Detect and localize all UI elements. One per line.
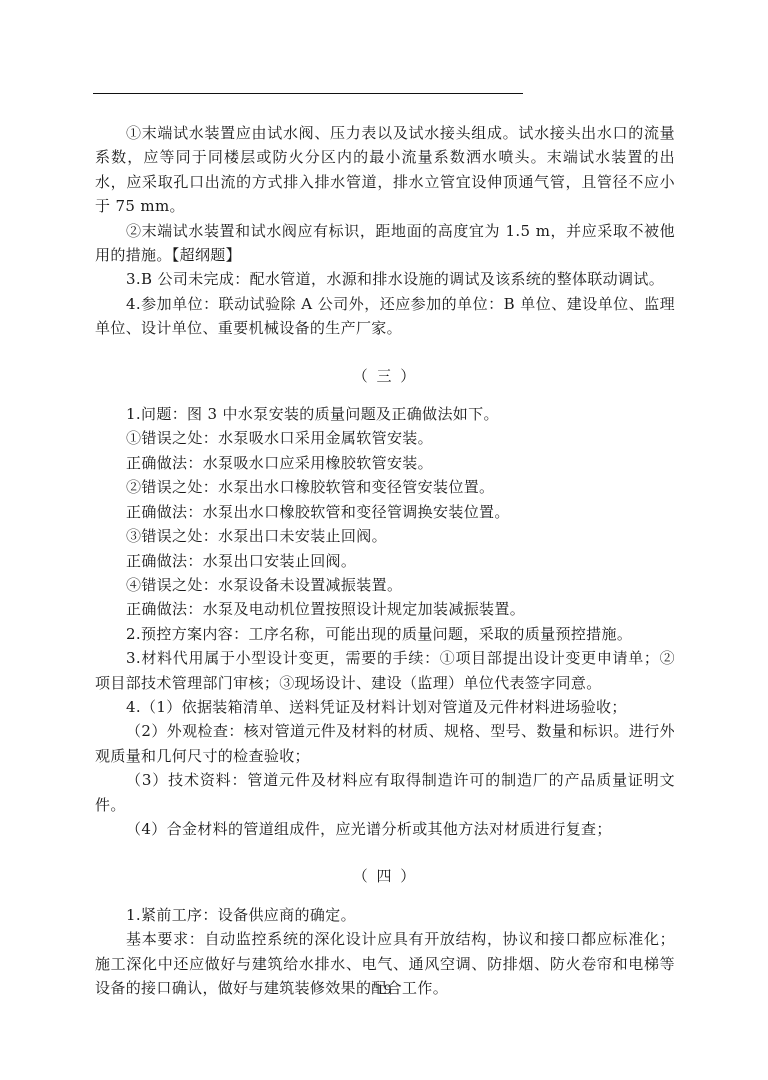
paragraph-predecessor-task: 1.紧前工序：设备供应商的确定。 — [95, 903, 675, 927]
paragraph-fix-4: 正确做法：水泵及电动机位置按照设计规定加装减振装置。 — [95, 597, 675, 621]
paragraph-inspection-2: （2）外观检查：核对管道元件及材料的材质、规格、型号、数量和标识。进行外观质量和… — [95, 719, 675, 768]
paragraph-error-2: ②错误之处：水泵出水口橡胶软管和变径管安装位置。 — [95, 475, 675, 499]
section-heading-four: （ 四 ） — [95, 864, 675, 888]
document-page: ①末端试水装置应由试水阀、压力表以及试水接头组成。试水接头出水口的流量系数，应等… — [0, 0, 768, 1080]
paragraph-material-substitution: 3.材料代用属于小型设计变更，需要的手续：①项目部提出设计变更申请单；②项目部技… — [95, 646, 675, 695]
paragraph-inspection-4: （4）合金材料的管道组成件，应光谱分析或其他方法对材质进行复查； — [95, 817, 675, 841]
page-content: ①末端试水装置应由试水阀、压力表以及试水接头组成。试水接头出水口的流量系数，应等… — [95, 121, 675, 1000]
paragraph-inspection-3: （3）技术资料：管道元件及材料应有取得制造许可的制造厂的产品质量证明文件。 — [95, 768, 675, 817]
paragraph-precontrol-plan: 2.预控方案内容：工序名称，可能出现的质量问题，采取的质量预控措施。 — [95, 622, 675, 646]
section-heading-three: （ 三 ） — [95, 364, 675, 388]
paragraph-fix-1: 正确做法：水泵吸水口应采用橡胶软管安装。 — [95, 451, 675, 475]
paragraph-error-3: ③错误之处：水泵出口未安装止回阀。 — [95, 524, 675, 548]
header-rule — [93, 93, 523, 94]
paragraph-end-test-device: ①末端试水装置应由试水阀、压力表以及试水接头组成。试水接头出水口的流量系数，应等… — [95, 121, 675, 219]
paragraph-fix-2: 正确做法：水泵出水口橡胶软管和变径管调换安装位置。 — [95, 500, 675, 524]
paragraph-participating-units: 4.参加单位：联动试验除 A 公司外，还应参加的单位：B 单位、建设单位、监理单… — [95, 292, 675, 341]
paragraph-test-valve-marking: ②末端试水装置和试水阀应有标识，距地面的高度宜为 1.5 m，并应采取不被他用的… — [95, 219, 675, 268]
paragraph-error-1: ①错误之处：水泵吸水口采用金属软管安装。 — [95, 426, 675, 450]
paragraph-inspection-1: 4.（1）依据装箱清单、送料凭证及材料计划对管道及元件材料进场验收； — [95, 695, 675, 719]
paragraph-pump-issues-intro: 1.问题：图 3 中水泵安装的质量问题及正确做法如下。 — [95, 402, 675, 426]
page-number: 19 — [0, 980, 768, 1000]
paragraph-fix-3: 正确做法：水泵出口安装止回阀。 — [95, 549, 675, 573]
paragraph-b-company-incomplete: 3.B 公司未完成：配水管道，水源和排水设施的调试及该系统的整体联动调试。 — [95, 267, 675, 291]
paragraph-error-4: ④错误之处：水泵设备未设置减振装置。 — [95, 573, 675, 597]
